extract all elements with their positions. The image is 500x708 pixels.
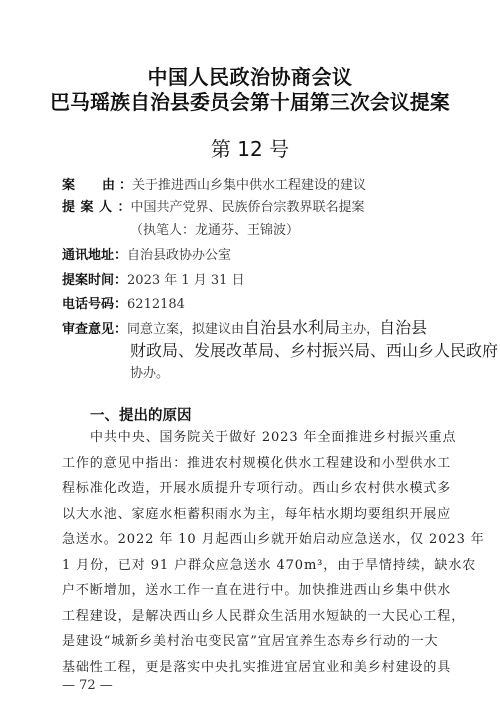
section-body: 中共中央、国务院关于做好 2023 年全面推进乡村振兴重点 工作的意见中指出：推…: [62, 425, 440, 680]
meta-date: 提案时间：2023 年 1 月 31 日: [62, 271, 245, 291]
lead-department: 自治县水利局: [244, 318, 340, 337]
meta-address-value: 自治县政协办公室: [127, 248, 231, 263]
review-closing: 协办。: [130, 364, 169, 384]
meta-date-value: 2023 年 1 月 31 日: [127, 273, 245, 288]
proposal-number: 第 12 号: [0, 136, 500, 162]
meta-proposer-label: 提案人: [62, 198, 118, 218]
body-line: 1 月份，已对 91 户群众应急送水 470m³，由于旱情持续，缺水农: [62, 553, 440, 579]
meta-address-label: 通讯地址: [62, 246, 114, 266]
meta-subject: 案由：关于推进西山乡集中供水工程建设的建议: [62, 176, 366, 196]
meta-proposer: 提案人：中国共产党界、民族侨台宗教界联名提案: [62, 198, 365, 218]
meta-review: 审查意见：同意立案，拟建议由自治县水利局主办，自治县: [62, 318, 427, 340]
meta-phone-label: 电话号码: [62, 295, 114, 315]
meta-subject-value: 关于推进西山乡集中供水工程建设的建议: [132, 178, 366, 193]
body-line: 急送水。2022 年 10 月起西山乡就开始启动应急送水，仅 2023 年: [62, 527, 440, 553]
body-line: 以大水池、家庭水柜蓄积雨水为主，每年枯水期均要组织开展应: [62, 502, 440, 528]
page-number: — 72 —: [62, 678, 113, 693]
meta-phone: 电话号码：6212184: [62, 295, 185, 315]
body-line: 工程建设，是解决西山乡人民群众生活用水短缺的一大民心工程，: [62, 604, 440, 630]
document-page: 中国人民政治协商会议 巴马瑶族自治县委员会第十届第三次会议提案 第 12 号 案…: [0, 0, 500, 708]
body-line: 户不断增加，送水工作一直在进行中。加快推进西山乡集中供水: [62, 578, 440, 604]
meta-proposer-value: 中国共产党界、民族侨台宗教界联名提案: [131, 200, 365, 215]
body-line: 工作的意见中指出：推进农村规模化供水工程建设和小型供水工: [62, 451, 440, 477]
body-line: 是建设“城新乡美村治屯变民富”宜居宜养生态寿乡行动的一大: [62, 629, 440, 655]
meta-proposer-writers: （执笔人：龙通芬、王锦波）: [130, 221, 299, 241]
meta-address: 通讯地址：自治县政协办公室: [62, 246, 231, 266]
meta-subject-label: 案由: [62, 176, 119, 196]
body-line: 中共中央、国务院关于做好 2023 年全面推进乡村振兴重点: [62, 425, 440, 451]
body-line: 程标准化改造，开展水质提升专项行动。西山乡农村供水模式多: [62, 476, 440, 502]
meta-phone-value: 6212184: [127, 297, 185, 312]
meta-review-label: 审查意见: [62, 320, 114, 340]
co-departments: 财政局、发展改革局、乡村振兴局、西山乡人民政府: [130, 340, 498, 362]
section-heading: 一、提出的原因: [90, 404, 192, 425]
meta-date-label: 提案时间: [62, 271, 114, 291]
title-line-2: 巴马瑶族自治县委员会第十届第三次会议提案: [0, 90, 500, 115]
body-line: 基础性工程，更是落实中央扎实推进宜居宜业和美乡村建设的具: [62, 655, 440, 681]
title-line-1: 中国人民政治协商会议: [0, 65, 500, 90]
